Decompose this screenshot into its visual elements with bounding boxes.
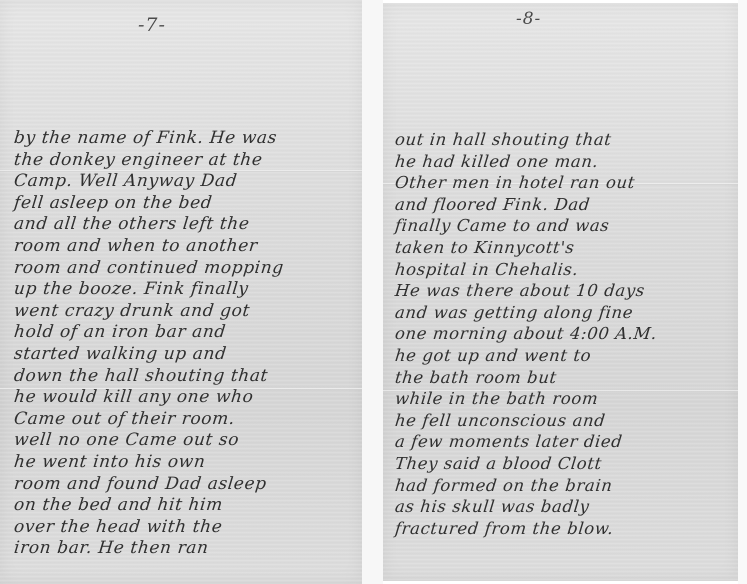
letter-page-7: -7- by the name of Fink. He was the donk… [0,0,362,584]
handwritten-text: by the name of Fink. He was the donkey e… [14,128,362,560]
text-line: and was getting along fine [394,302,738,324]
text-line: by the name of Fink. He was [13,128,362,150]
text-line: started walking up and [13,344,362,366]
text-line: over the head with the [13,517,362,539]
text-line: Other men in hotel ran out [394,172,738,194]
text-line: fell asleep on the bed [13,193,362,215]
text-line: They said a blood Clott [394,453,738,475]
text-line: down the hall shouting that [13,366,362,388]
text-line: room and when to another [13,236,362,258]
text-line: and floored Fink. Dad [394,194,738,216]
text-line: taken to Kinnycott's [394,237,738,259]
text-line: He was there about 10 days [394,280,738,302]
text-line: fractured from the blow. [394,518,738,540]
page-gap [362,0,383,584]
text-line: one morning about 4:00 A.M. [394,323,738,345]
text-line: had formed on the brain [394,475,738,497]
page-number: -8- [516,9,541,29]
text-line: out in hall shouting that [394,129,738,151]
letter-page-8: -8- out in hall shouting that he had kil… [383,3,738,581]
text-line: well no one Came out so [13,430,362,452]
text-line: he had killed one man. [394,151,738,173]
text-line: Camp. Well Anyway Dad [13,171,362,193]
text-line: iron bar. He then ran [13,538,362,560]
text-line: went crazy drunk and got [13,301,362,323]
text-line: he went into his own [13,452,362,474]
text-line: the donkey engineer at the [13,150,362,172]
text-line: a few moments later died [394,431,738,453]
text-line: Came out of their room. [13,409,362,431]
text-line: hospital in Chehalis. [394,259,738,281]
text-line: finally Came to and was [394,215,738,237]
text-line: on the bed and hit him [13,495,362,517]
text-line: while in the bath room [394,388,738,410]
text-line: he fell unconscious and [394,410,738,432]
text-line: room and continued mopping [13,258,362,280]
text-line: he got up and went to [394,345,738,367]
text-line: as his skull was badly [394,496,738,518]
handwritten-text: out in hall shouting that he had killed … [395,129,738,539]
text-line: room and found Dad asleep [13,474,362,496]
scan-margin [738,0,747,584]
text-line: hold of an iron bar and [13,322,362,344]
text-line: up the booze. Fink finally [13,279,362,301]
text-line: the bath room but [394,367,738,389]
text-line: and all the others left the [13,214,362,236]
page-number: -7- [138,14,166,36]
text-line: he would kill any one who [13,387,362,409]
